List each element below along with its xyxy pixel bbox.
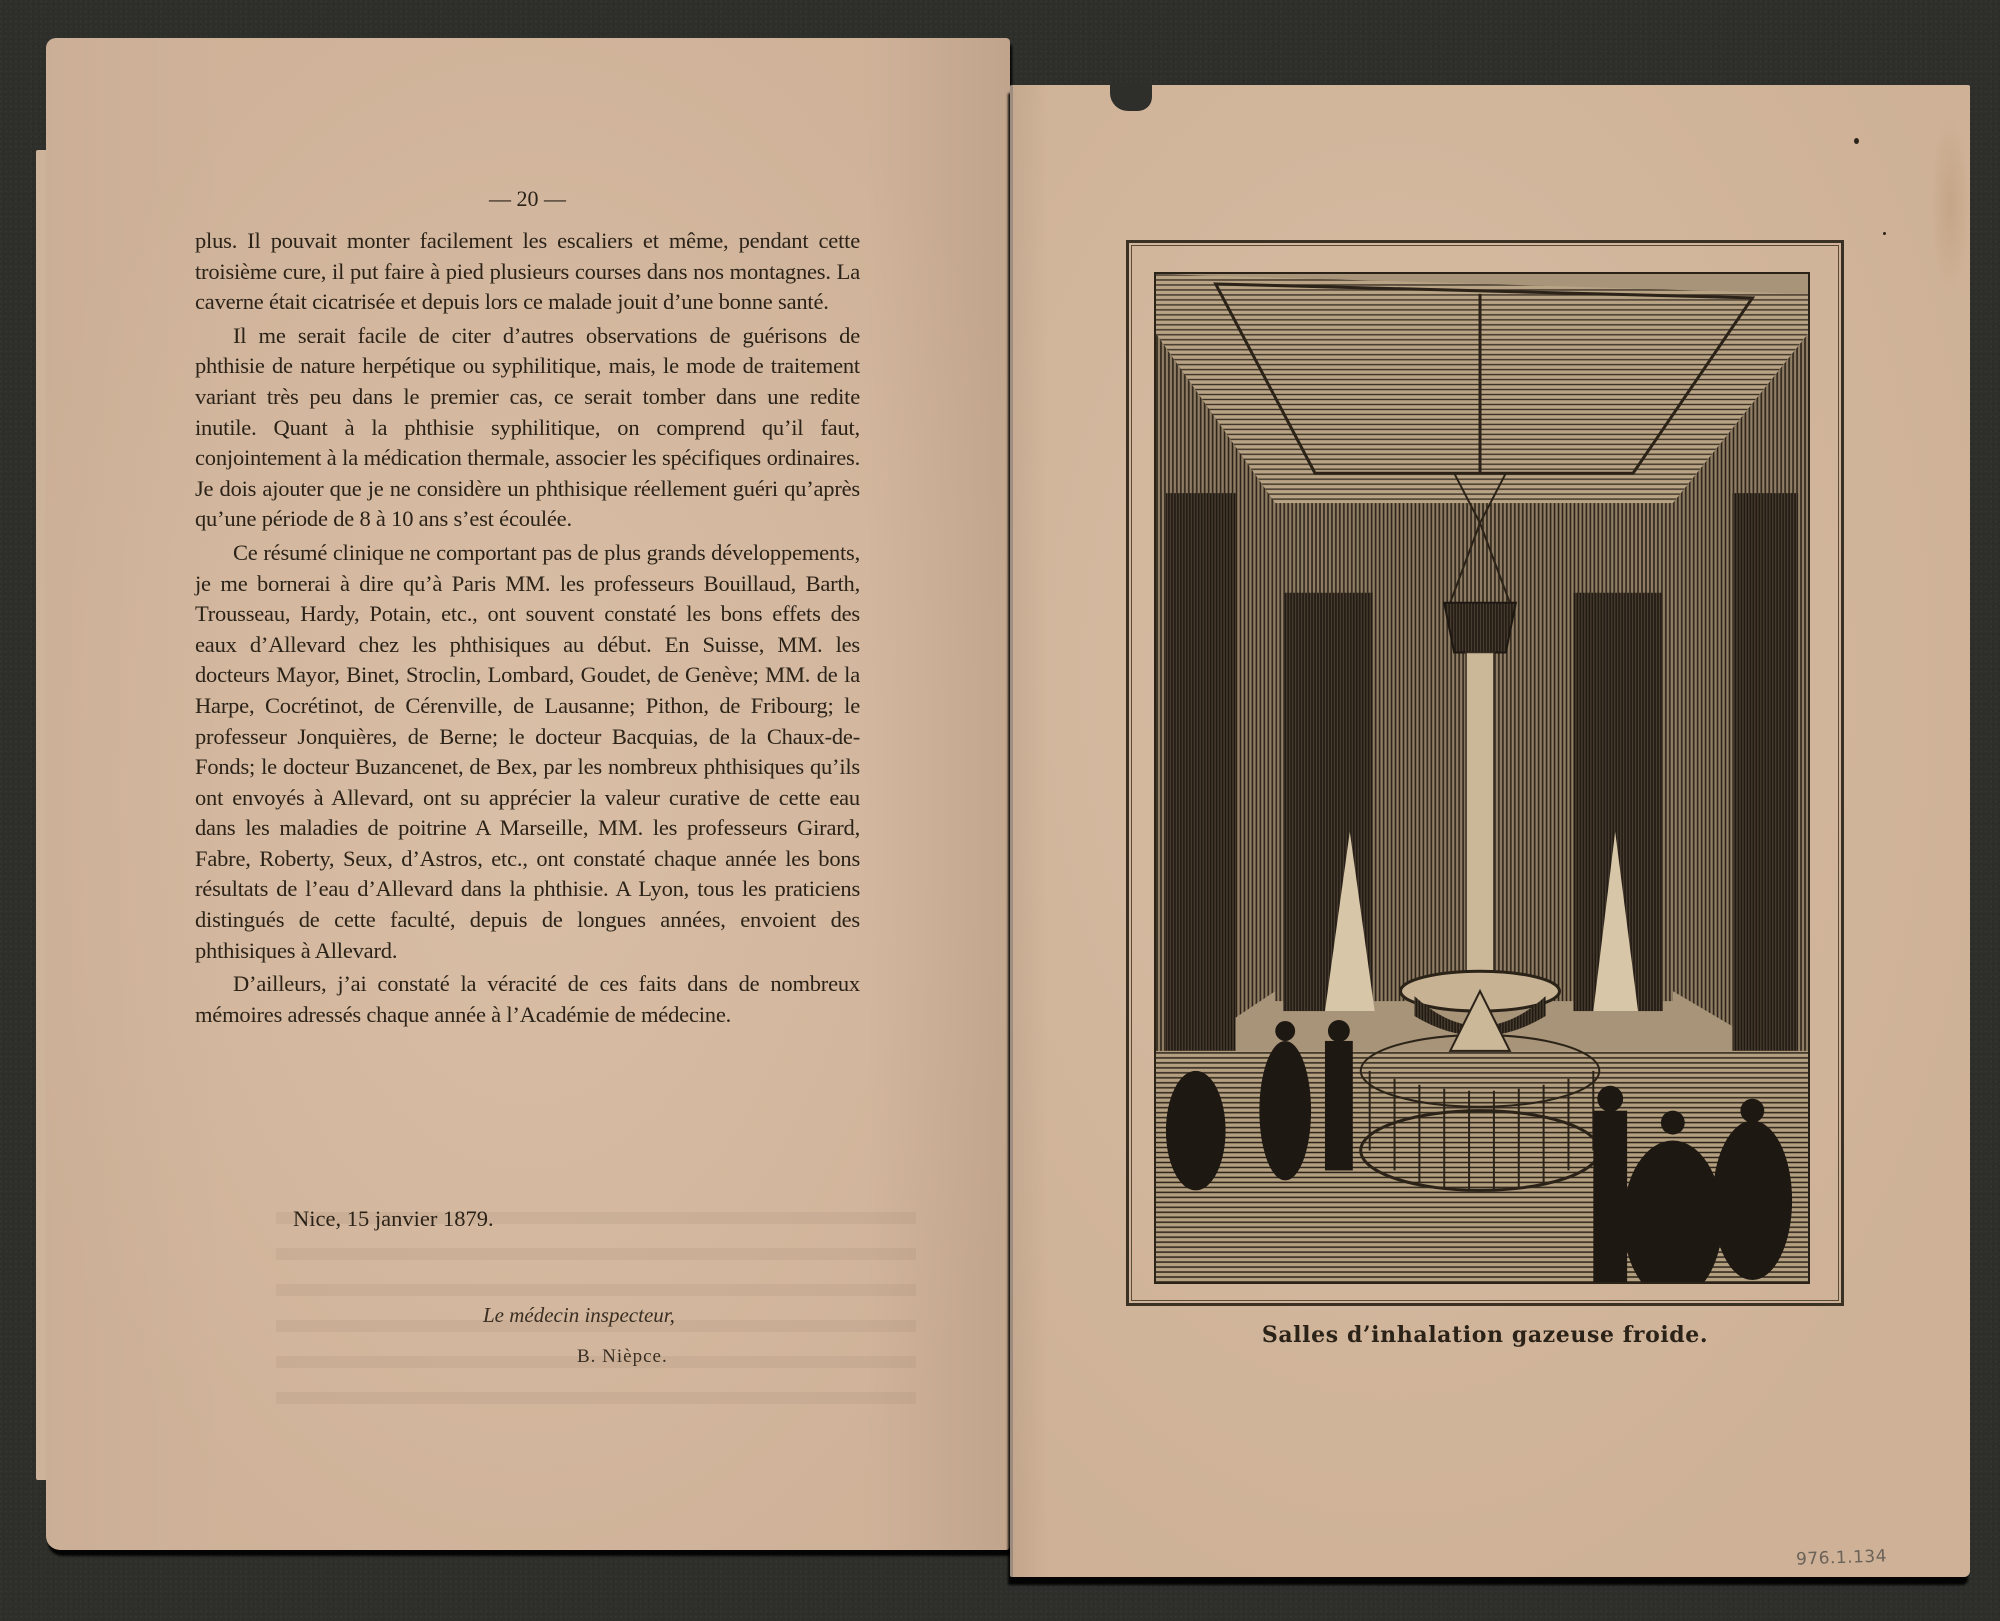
body-text: plus. Il pouvait monter facilement les e… xyxy=(195,226,860,1033)
ink-speck xyxy=(1854,138,1859,144)
inhalation-hall-engraving-icon xyxy=(1156,274,1808,1282)
paragraph: Ce résumé clinique ne comportant pas de … xyxy=(195,538,860,966)
paragraph: Il me serait facile de citer d’autres ob… xyxy=(195,321,860,535)
gutter-fold xyxy=(1010,85,1013,1577)
ink-speck xyxy=(1883,232,1886,235)
paragraph: D’ailleurs, j’ai constaté la véracité de… xyxy=(195,969,860,1030)
engraving-illustration xyxy=(1154,272,1810,1284)
paper-stain xyxy=(1930,115,1970,295)
signature-name: B. Nièpce. xyxy=(577,1346,668,1368)
torn-notch xyxy=(1110,83,1152,111)
paragraph: plus. Il pouvait monter facilement les e… xyxy=(195,226,860,318)
signature-title: Le médecin inspecteur, xyxy=(483,1303,675,1328)
page-number: — 20 — xyxy=(195,186,860,212)
catalog-number: 976.1.134 xyxy=(1796,1546,1888,1569)
dateline: Nice, 15 janvier 1879. xyxy=(293,1206,494,1232)
illustration-caption: Salles d’inhalation gazeuse froide. xyxy=(1126,1322,1844,1348)
